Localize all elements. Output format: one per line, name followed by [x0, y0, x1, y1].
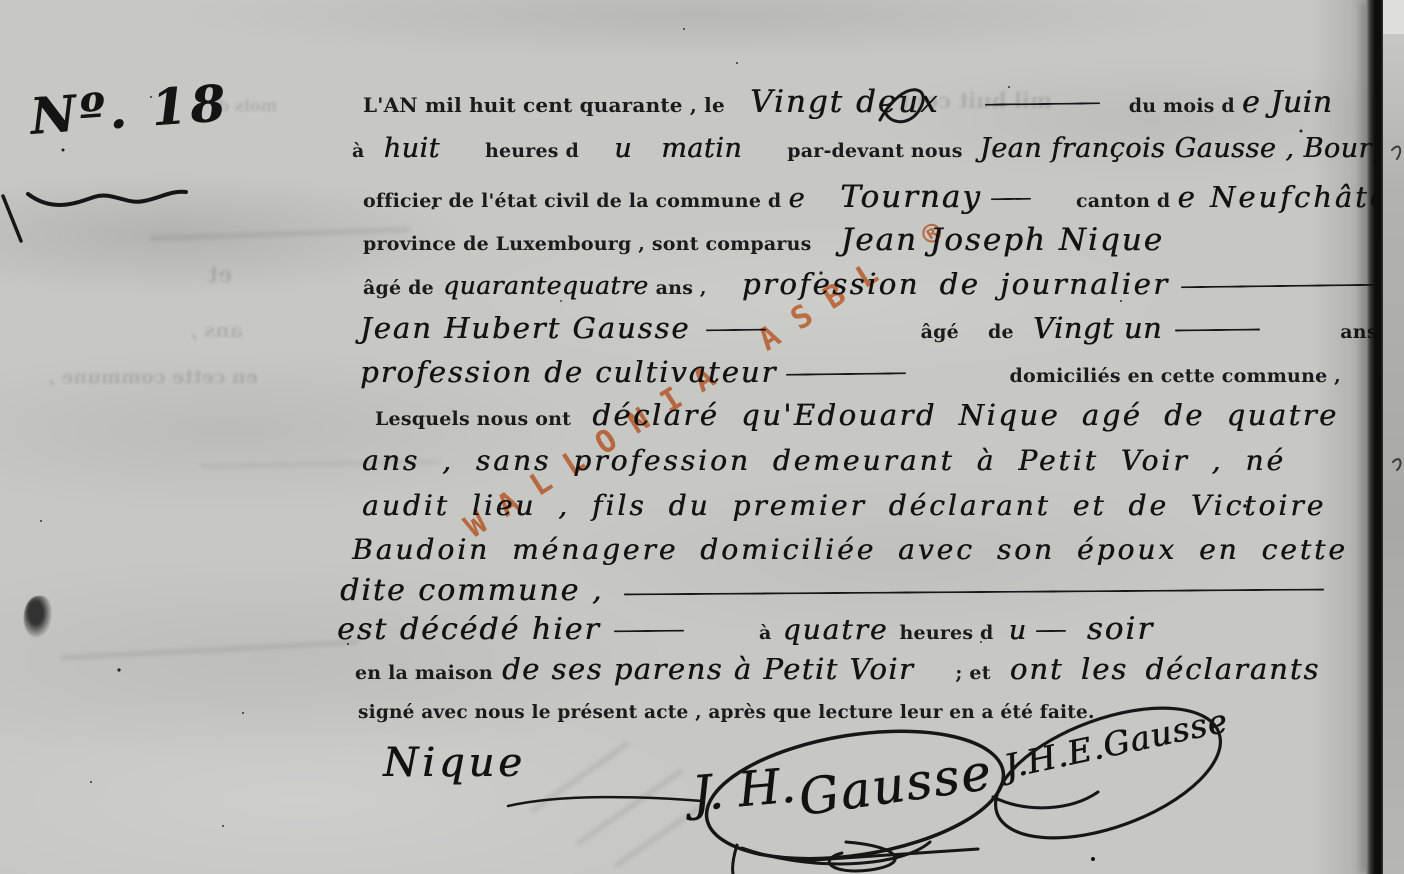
record-line: ans , sans profession demeurant à Petit … — [362, 443, 1286, 483]
gutter-shadow — [1310, 0, 1370, 874]
paper-smudge — [60, 640, 360, 660]
handwritten-text: Tournay — [840, 179, 982, 215]
record-line: Jean Hubert Gausse âgé de Vingt un ans , — [360, 310, 1391, 351]
handwritten-text: e — [789, 183, 805, 214]
handwritten-text: soir — [1087, 611, 1154, 647]
printed-text: officier de l'état civil de la commune d — [363, 190, 781, 212]
printed-text: par-devant nous — [787, 140, 962, 162]
record-line: Baudoin ménagere domiciliée avec son épo… — [352, 532, 1348, 572]
bleedthrough-text: ans , — [190, 318, 243, 342]
handwritten-text: Jean Hubert Gausse — [360, 311, 690, 345]
record-line: signé avec nous le présent acte , après … — [358, 695, 1095, 731]
paper-smudge — [614, 802, 706, 868]
signature-gausse-initials: J. H. — [690, 758, 798, 823]
signature-cross-stroke — [800, 849, 978, 861]
pen-stroke — [1036, 630, 1066, 632]
signature-nique: Nique — [383, 740, 526, 786]
printed-text: du mois d — [1129, 95, 1235, 117]
printed-text: ; et — [955, 662, 990, 684]
ink-blot — [24, 596, 52, 638]
bleedthrough-text: et — [208, 262, 232, 288]
handwritten-text: ont les déclarants — [1010, 652, 1320, 686]
record-line: dite commune , — [340, 573, 1324, 613]
handwritten-text: quarantequatre — [443, 271, 649, 300]
handwritten-text: ans , sans profession demeurant à Petit … — [362, 444, 1286, 477]
printed-text: âgé — [921, 321, 959, 343]
record-line: à huit heures d u matin par-devant nous … — [352, 131, 1404, 170]
printed-text: L'AN mil huit cent quarante , le — [363, 93, 725, 117]
handwritten-text: est décédé hier — [337, 612, 601, 647]
handwritten-text: dite commune , — [340, 573, 603, 608]
printed-text: en la maison — [355, 662, 493, 684]
record-line: profession de cultivateur domiciliés en … — [360, 354, 1341, 395]
record-line: en la maison de ses parens à Petit Voir … — [355, 651, 1320, 692]
printed-text: province de Luxembourg , sont comparus — [363, 233, 812, 255]
paper-specks — [0, 0, 2, 2]
handwritten-text: de ses parens à Petit Voir — [502, 652, 914, 686]
record-line: est décédé hier à quatre heures d u soir — [337, 611, 1154, 652]
printed-text: heures d — [485, 140, 579, 162]
printed-text: canton d — [1076, 190, 1170, 212]
record-line: officier de l'état civil de la commune d… — [363, 179, 1404, 220]
adjacent-page-edge — [1383, 0, 1404, 874]
handwritten-text: u — [614, 133, 632, 164]
signature-lower-curve — [742, 842, 930, 864]
scanned-death-record-page: mil huit cent mois d et ans , en cette c… — [0, 0, 1404, 874]
signature-descender — [733, 845, 737, 874]
printed-text: ans , — [656, 277, 707, 299]
corner-highlight — [1383, 0, 1404, 34]
paper-smudge — [530, 741, 631, 813]
printed-text: heures d — [900, 622, 994, 644]
pen-stroke — [1175, 328, 1260, 331]
printed-text: à — [759, 622, 772, 644]
registry-number: Nº. 18 — [28, 73, 231, 146]
pen-stroke — [991, 198, 1031, 200]
handwritten-text: huit — [384, 133, 440, 164]
handwritten-text: Baudoin ménagere domiciliée avec son épo… — [352, 533, 1348, 566]
printed-text: âgé de — [363, 277, 434, 299]
paper-smudge — [576, 768, 685, 846]
handwritten-text: Vingt un — [1033, 311, 1162, 345]
handwritten-text: Vingt deux — [750, 84, 940, 120]
record-line: province de Luxembourg , sont comparus J… — [363, 222, 1164, 263]
printed-text: signé avec nous le présent acte , après … — [358, 702, 1095, 723]
number-underline-squiggle — [28, 192, 186, 205]
handwritten-text: quatre — [783, 613, 889, 646]
handwritten-text: déclaré qu'Edouard Nique agé de quatre — [592, 398, 1338, 432]
record-line: L'AN mil huit cent quarante , le Vingt d… — [363, 84, 1332, 125]
pen-stroke — [985, 102, 1100, 105]
signature-gausse-name: Gausse — [795, 743, 996, 828]
printed-text: domiciliés en cette commune , — [1009, 365, 1341, 387]
binding-strip — [1366, 0, 1384, 874]
signature-entry-stroke — [993, 792, 1098, 808]
margin-stroke — [3, 196, 21, 241]
handwritten-text: matin — [661, 133, 742, 164]
bleedthrough-text: en cette commune , — [48, 366, 258, 388]
handwritten-text: u — [1009, 615, 1027, 646]
printed-text: Lesquels nous ont — [375, 408, 571, 430]
pen-stroke — [786, 372, 906, 375]
signature-loop — [829, 842, 895, 871]
pen-stroke — [614, 630, 684, 633]
printed-text: de — [988, 321, 1014, 343]
printed-text: à — [352, 140, 365, 162]
record-line: Lesquels nous ont déclaré qu'Edouard Niq… — [375, 397, 1339, 438]
pen-stroke — [624, 589, 1324, 596]
